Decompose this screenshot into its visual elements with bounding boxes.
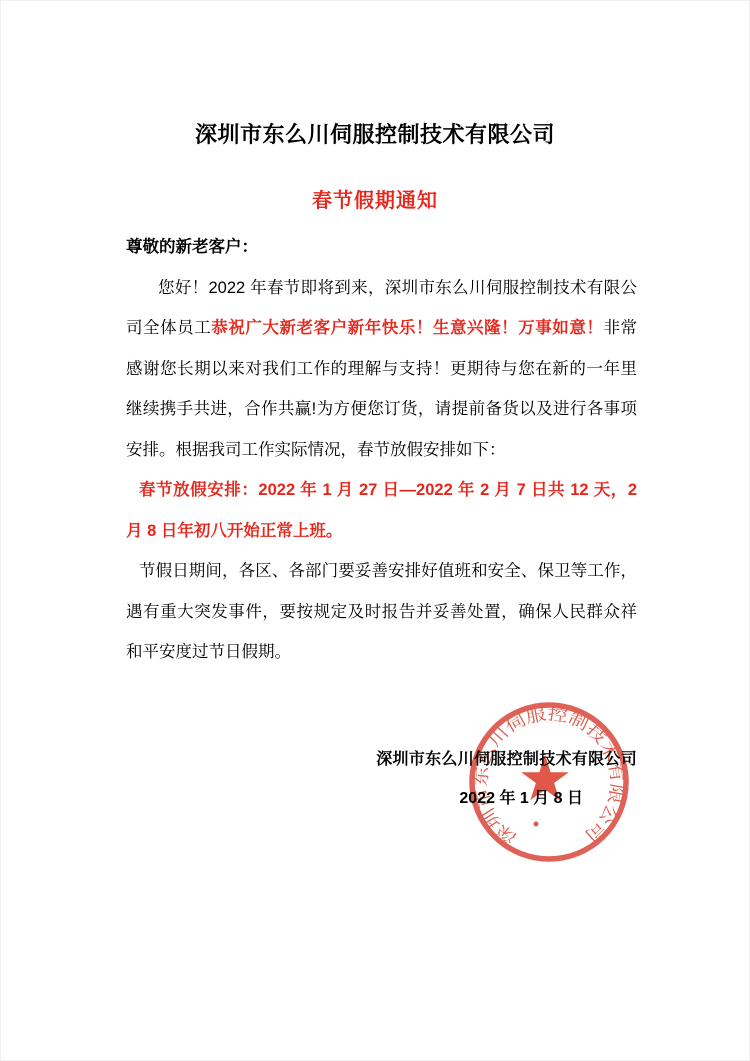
signature-block: 深圳市东么川伺服控制技术有限公司 2022 年 1 月 8 日 [126,740,637,818]
company-title: 深圳市东么川伺服控制技术有限公司 [0,118,750,149]
notice-title: 春节假期通知 [0,184,750,213]
signature-company: 深圳市东么川伺服控制技术有限公司 [126,740,637,780]
signature-date: 2022 年 1 月 8 日 [126,780,637,818]
paragraph-greeting: 您好！2022 年春节即将到来，深圳市东么川伺服控制技术有限公司全体员工恭祝广大… [126,268,637,471]
seal-bottom-mark [534,822,539,827]
greeting-wishes-highlight: 恭祝广大新老客户新年快乐！生意兴隆！万事如意！ [211,319,603,337]
paragraph-duty-notice: 节假日期间，各区、各部门要妥善安排好值班和安全、保卫等工作，遇有重大突发事件，要… [126,551,637,673]
paragraph-holiday-schedule: 春节放假安排：2022 年 1 月 27 日—2022 年 2 月 7 日共 1… [126,470,637,551]
salutation: 尊敬的新老客户： [126,227,637,268]
notice-page: 深圳市东么川伺服控制技术有限公司 春节假期通知 尊敬的新老客户： 您好！2022… [0,0,750,1061]
notice-body: 尊敬的新老客户： 您好！2022 年春节即将到来，深圳市东么川伺服控制技术有限公… [126,227,637,673]
greeting-thanks-text: 非常感谢您长期以来对我们工作的理解与支持！更期待与您在新的一年里继续携手共进，合… [126,319,637,459]
